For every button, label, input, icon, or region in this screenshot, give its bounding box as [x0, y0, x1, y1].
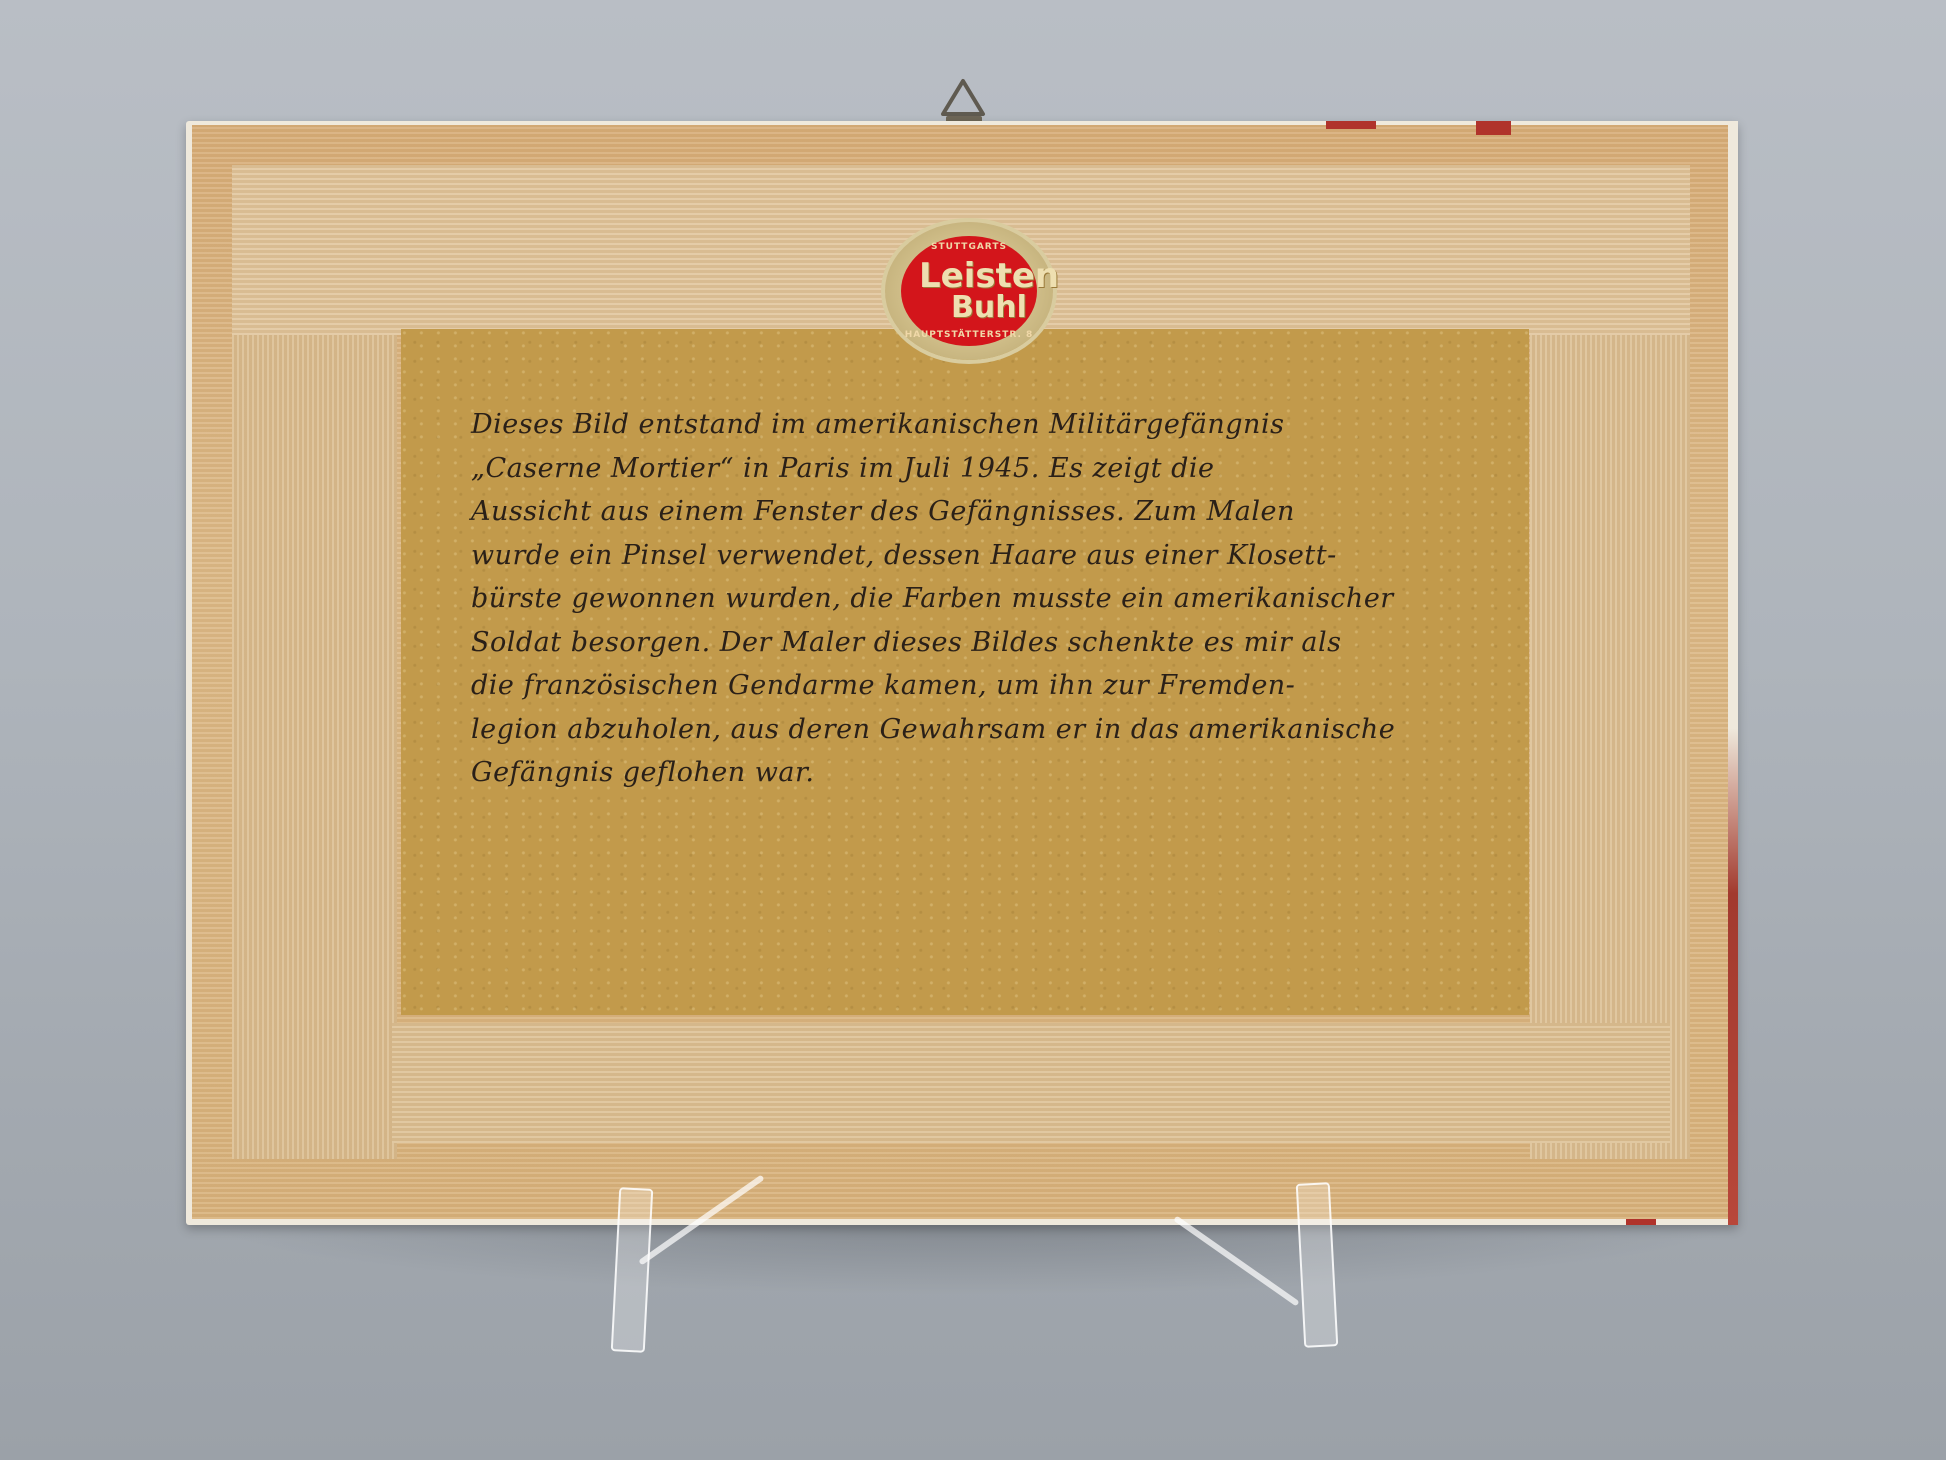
sticker-address: HAUPTSTÄTTERSTR. 8 — [885, 330, 1053, 340]
note-line: legion abzuholen, aus deren Gewahrsam er… — [471, 708, 1481, 752]
tape-left — [232, 335, 397, 1159]
handwritten-note: Dieses Bild entstand im amerikanischen M… — [471, 403, 1481, 795]
paint-chip — [1626, 1219, 1656, 1225]
note-line: die französischen Gendarme kamen, um ihn… — [471, 664, 1481, 708]
note-card: Dieses Bild entstand im amerikanischen M… — [401, 329, 1529, 1015]
tape-bottom — [392, 1023, 1670, 1143]
framer-label-sticker: STUTTGARTS Leisten Buhl HAUPTSTÄTTERSTR.… — [885, 222, 1053, 360]
paint-chip — [1476, 121, 1511, 135]
triangle-hanger-icon — [940, 78, 986, 118]
paint-chip — [1326, 121, 1376, 129]
sticker-name-2: Buhl — [951, 290, 1027, 325]
note-line: Soldat besorgen. Der Maler dieses Bildes… — [471, 621, 1481, 665]
frame-shadow — [190, 1215, 1750, 1295]
note-line: Gefängnis geflohen war. — [471, 751, 1481, 795]
note-line: Aussicht aus einem Fenster des Gefängnis… — [471, 490, 1481, 534]
sticker-city: STUTTGARTS — [885, 242, 1053, 252]
frame-edge — [1728, 121, 1738, 1225]
stand-post-left — [611, 1187, 654, 1353]
note-line: Dieses Bild entstand im amerikanischen M… — [471, 403, 1481, 447]
note-line: wurde ein Pinsel verwendet, dessen Haare… — [471, 534, 1481, 578]
note-line: bürste gewonnen wurden, die Farben musst… — [471, 577, 1481, 621]
note-line: „Caserne Mortier“ in Paris im Juli 1945.… — [471, 447, 1481, 491]
